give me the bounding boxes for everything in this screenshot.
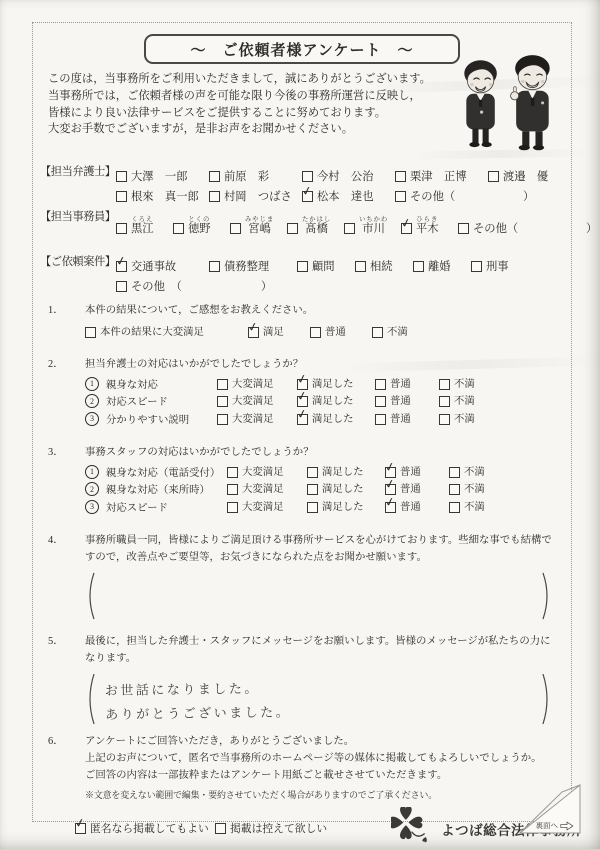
rating-row: 1親身な対応大変満足✓満足した普通不満 [85, 373, 566, 391]
left-bracket [85, 673, 95, 725]
checkbox-option[interactable]: ✓満足した [297, 414, 375, 426]
checkbox-option[interactable]: ✓満足した [297, 396, 375, 408]
option-label: 普通 [400, 484, 421, 496]
checkbox-option[interactable]: 普通 [375, 414, 439, 426]
text-line: この度は，当事務所をご利用いただきまして，誠にありがとうございます。 [48, 71, 450, 88]
option-label: 大変満足 [232, 396, 274, 408]
lawyer-row-2: 根來 真一郎村岡 つばさ✓松本 達也その他（ ） [116, 183, 566, 203]
checkbox[interactable] [439, 396, 450, 407]
checkbox[interactable] [355, 261, 366, 272]
option-label: 離婚 [428, 261, 451, 273]
option-label: とくの徳野 [188, 216, 211, 235]
checkbox-option[interactable]: 前原 彩 [209, 171, 302, 183]
checkbox[interactable] [227, 467, 238, 478]
text-line: 大変お手数でございますが，是非お声をお聞かせください。 [48, 121, 450, 138]
checkbox[interactable] [372, 327, 383, 338]
checkbox-option[interactable]: 不満 [449, 467, 485, 479]
option-label: 不満 [454, 414, 475, 426]
option-label: 大変満足 [242, 502, 284, 514]
checkbox-checked[interactable]: ✓ [116, 261, 127, 272]
text-line: すので，改善点やご要望等，お気づきになられた点をお聞かせ願います。 [85, 550, 566, 567]
check-mark: ✓ [384, 478, 396, 492]
question-1-number: 1． [48, 303, 85, 339]
rating-item-label: 対応スピード [106, 393, 217, 408]
back-side-label: 裏面へ [536, 820, 559, 831]
option-label: 本件の結果に大変満足 [100, 327, 204, 339]
right-bracket [542, 673, 552, 725]
checkbox-option[interactable]: 大変満足 [227, 467, 307, 479]
option-label: その他 （ ） [131, 281, 272, 293]
check-mark: ✓ [400, 216, 412, 230]
text-line: 最後に，担当した弁護士・スタッフにメッセージをお願いします。皆様のメッセージが私… [85, 634, 566, 651]
question-3-rows: 1親身な対応（電話受付）大変満足満足した✓普通不満2親身な対応（来所時）大変満足… [85, 461, 566, 514]
checkbox[interactable] [217, 379, 228, 390]
rating-row: 1親身な対応（電話受付）大変満足満足した✓普通不満 [85, 461, 566, 479]
checkbox[interactable] [209, 261, 220, 272]
checkbox-option[interactable]: 不満 [439, 379, 475, 391]
check-mark: ✓ [74, 816, 86, 830]
option-label: 顧問 [312, 261, 335, 273]
mascot-right [511, 55, 550, 150]
checkbox[interactable] [413, 261, 424, 272]
checkbox-checked[interactable]: ✓ [297, 414, 308, 425]
option-label: 渡邉 優 [503, 171, 548, 183]
rating-options: 大変満足満足した✓普通不満 [227, 502, 485, 514]
checkbox[interactable] [375, 396, 386, 407]
check-mark: ✓ [384, 460, 396, 474]
option-label: 大変満足 [232, 379, 274, 391]
question-2-number: 2． [48, 357, 85, 426]
checkbox[interactable] [310, 327, 321, 338]
arrow-right-icon [560, 821, 574, 831]
text-line: 皆様により良い法律サービスをご提供することに努めております。 [48, 105, 450, 122]
footer-row: ✓匿名なら掲載してもよい掲載は控えて欲しい よつば総合法律事務所 [38, 814, 566, 844]
question-4-text: 事務所職員一同，皆様によりご満足頂ける事務所サービスを心がけております。些細な事… [85, 533, 566, 566]
text-line: ありがとうございました。 [105, 698, 538, 728]
option-label: 不満 [387, 327, 408, 339]
option-label: 満足した [322, 467, 364, 479]
checkbox[interactable] [297, 261, 308, 272]
checkbox-option[interactable]: ✓普通 [385, 467, 449, 479]
survey-border-frame: ～ ご依頼者様アンケート ～ この度は，当事務所をご利用いただきまして，誠にあり… [32, 22, 572, 822]
checkbox[interactable] [85, 327, 96, 338]
checkbox-option[interactable]: ✓交通事故 [116, 261, 209, 273]
option-label: 普通 [400, 467, 421, 479]
question-2-text: 担当弁護士の対応はいかがでしたでしょうか？ [85, 357, 566, 374]
checkbox[interactable] [307, 502, 318, 513]
checkbox[interactable] [375, 379, 386, 390]
checkbox[interactable] [449, 484, 460, 495]
option-label: 不満 [464, 502, 485, 514]
clerk-row: くろえ黒江とくの徳野みやじま宮嶋たかはし髙橋いちかわ市川✓ひらき平木その他（ ） [116, 208, 597, 235]
option-label: 前原 彩 [224, 171, 269, 183]
checkbox[interactable] [173, 223, 184, 234]
rating-item-label: 分かりやすい説明 [106, 411, 217, 426]
option-label: 満足した [312, 379, 354, 391]
checkbox[interactable] [287, 223, 298, 234]
question-4-answer[interactable] [95, 572, 542, 620]
checkbox[interactable] [307, 484, 318, 495]
option-label: 普通 [390, 414, 411, 426]
rating-row: 3対応スピード大変満足満足した✓普通不満 [85, 496, 566, 514]
back-side-hint[interactable]: 裏面へ [536, 820, 575, 831]
question-1-options: 本件の結果に大変満足✓満足普通不満 [85, 324, 566, 339]
option-label: 満足した [322, 484, 364, 496]
checkbox[interactable] [449, 502, 460, 513]
option-label: みやじま宮嶋 [245, 216, 274, 235]
checkbox-option[interactable]: たかはし髙橋 [287, 216, 344, 235]
question-6-text: アンケートにご回答いただき，ありがとうございました。上記のお声について，匿名で当… [85, 734, 566, 784]
question-3-number: 3． [48, 445, 85, 514]
handwritten-message: お世話になりました。ありがとうございました。 [95, 670, 543, 728]
lawyer-section: 【担当弁護士】 大澤 一郎前原 彩今村 公治栗津 正博渡邉 優 根來 真一郎村岡… [40, 163, 566, 203]
option-label: 不満 [454, 396, 475, 408]
checkbox[interactable] [395, 171, 406, 182]
checkbox-option[interactable]: とくの徳野 [173, 216, 230, 235]
option-label: 満足した [322, 502, 364, 514]
checkbox[interactable] [307, 467, 318, 478]
item-number-circle: 3 [85, 412, 99, 426]
checkbox-option[interactable]: 相続 [355, 261, 413, 273]
rating-options: 大変満足✓満足した普通不満 [217, 414, 475, 426]
lawyer-section-label: 【担当弁護士】 [40, 163, 116, 203]
rating-options: 大変満足✓満足した普通不満 [217, 379, 475, 391]
checkbox-option[interactable]: その他 （ ） [116, 281, 272, 293]
option-label: 今村 公治 [317, 171, 374, 183]
option-label: 普通 [390, 396, 411, 408]
check-mark: ✓ [115, 254, 127, 268]
clerk-section: 【担当事務員】 くろえ黒江とくの徳野みやじま宮嶋たかはし髙橋いちかわ市川✓ひらき… [40, 208, 566, 235]
check-mark: ✓ [296, 407, 308, 421]
text-line: 当事務所では，ご依頼者様の声を可能な限り今後の事務所運営に反映し， [48, 88, 450, 105]
checkbox[interactable] [488, 171, 499, 182]
question-5: 5． 最後に，担当した弁護士・スタッフにメッセージをお願いします。皆様のメッセー… [48, 634, 566, 725]
rating-options: 大変満足✓満足した普通不満 [217, 396, 475, 408]
option-label: ひらき平木 [416, 216, 439, 235]
text-line: 上記のお声について，匿名で当事務所のホームページ等の媒体に掲載してもよろしいでし… [85, 751, 566, 768]
option-label: 満足 [263, 327, 284, 339]
option-label: 大変満足 [242, 484, 284, 496]
check-mark: ✓ [296, 389, 308, 403]
checkbox-option[interactable]: 不満 [439, 396, 475, 408]
option-label: 普通 [325, 327, 346, 339]
option-label: 根來 真一郎 [131, 191, 199, 203]
checkbox-option[interactable]: 不満 [372, 327, 408, 339]
checkbox[interactable] [375, 414, 386, 425]
text-line: ご回答の内容は一部抜粋またはアンケート用紙ごと載せさせていただきます。 [85, 768, 566, 785]
rating-item-label: 親身な対応（電話受付） [106, 464, 227, 479]
question-3: 3． 事務スタッフの対応はいかがでしたでしょうか？ 1親身な対応（電話受付）大変… [48, 445, 566, 514]
question-3-text: 事務スタッフの対応はいかがでしたでしょうか？ [85, 445, 566, 462]
checkbox-option[interactable]: みやじま宮嶋 [230, 216, 287, 235]
checkbox[interactable] [217, 396, 228, 407]
option-label: 満足した [312, 414, 354, 426]
question-6-note: ※文意を変えない範囲で編集・要約させていただく場合がありますのでご了承ください。 [85, 788, 566, 801]
checkbox-option[interactable]: ✓松本 達也 [302, 191, 395, 203]
option-label: 掲載は控えて欲しい [230, 823, 327, 835]
option-label: 満足した [312, 396, 354, 408]
option-label: 普通 [390, 379, 411, 391]
question-2: 2． 担当弁護士の対応はいかがでしたでしょうか？ 1親身な対応大変満足✓満足した… [48, 357, 566, 426]
checkbox-option[interactable]: ✓普通 [385, 484, 449, 496]
left-bracket [85, 572, 95, 620]
question-4: 4． 事務所職員一同，皆様によりご満足頂ける事務所サービスを心がけております。些… [48, 533, 566, 620]
item-number-circle: 2 [85, 394, 99, 408]
case-type-row-2: その他 （ ） [116, 273, 566, 293]
question-6: 6． アンケートにご回答いただき，ありがとうございました。上記のお声について，匿… [48, 734, 566, 801]
rating-row: 2対応スピード大変満足✓満足した普通不満 [85, 391, 566, 409]
question-1-text: 本件の結果について，ご感想をお教えください。 [85, 303, 566, 320]
checkbox[interactable] [439, 379, 450, 390]
option-label: 普通 [400, 502, 421, 514]
checkbox-checked[interactable]: ✓ [385, 502, 396, 513]
case-type-section: 【ご依頼案件】 ✓交通事故債務整理顧問相続離婚刑事 その他 （ ） [40, 253, 566, 293]
option-label: 交通事故 [131, 261, 176, 273]
checkbox-option[interactable]: 普通 [375, 396, 439, 408]
case-type-row-1: ✓交通事故債務整理顧問相続離婚刑事 [116, 253, 566, 273]
mascot-left [464, 60, 497, 147]
checkbox-option[interactable]: 刑事 [471, 261, 509, 273]
survey-page: ～ ご依頼者様アンケート ～ この度は，当事務所をご利用いただきまして，誠にあり… [0, 0, 600, 849]
checkbox-option[interactable]: 大変満足 [227, 502, 307, 514]
option-label: 大澤 一郎 [131, 171, 188, 183]
rating-item-label: 親身な対応（来所時） [106, 481, 227, 496]
option-label: 栗津 正博 [410, 171, 467, 183]
option-label: 債務整理 [224, 261, 269, 273]
rating-row: 2親身な対応（来所時）大変満足満足した✓普通不満 [85, 479, 566, 497]
check-mark: ✓ [301, 184, 313, 198]
checkbox-option[interactable]: 満足した [307, 502, 385, 514]
item-number-circle: 1 [85, 465, 99, 479]
publication-consent-options: ✓匿名なら掲載してもよい掲載は控えて欲しい [75, 823, 327, 835]
check-mark: ✓ [247, 320, 259, 334]
checkbox-option[interactable]: ✓満足した [297, 379, 375, 391]
option-label: 匿名なら掲載してもよい [90, 823, 209, 835]
rating-row: 3分かりやすい説明大変満足✓満足した普通不満 [85, 408, 566, 426]
text-line: 事務所職員一同，皆様によりご満足頂ける事務所サービスを心がけております。些細な事… [85, 533, 566, 550]
checkbox[interactable] [209, 171, 220, 182]
checkbox[interactable] [458, 223, 469, 234]
checkbox-option[interactable]: 大変満足 [217, 414, 297, 426]
checkbox[interactable] [449, 467, 460, 478]
checkbox-option[interactable]: 大変満足 [217, 379, 297, 391]
question-6-number: 6． [48, 734, 85, 801]
question-5-number: 5． [48, 634, 85, 725]
checkbox-option[interactable]: その他（ ） [458, 223, 597, 235]
checkbox-checked[interactable]: ✓ [401, 223, 412, 234]
checkbox[interactable] [116, 191, 127, 202]
checkbox[interactable] [227, 484, 238, 495]
checkbox-option[interactable]: その他（ ） [395, 191, 534, 203]
option-label: 相続 [370, 261, 393, 273]
checkbox-option[interactable]: 渡邉 優 [488, 171, 548, 183]
checkbox[interactable] [471, 261, 482, 272]
survey-title: ～ ご依頼者様アンケート ～ [190, 39, 413, 60]
option-label: いちかわ市川 [359, 216, 388, 235]
checkbox-option[interactable]: 本件の結果に大変満足 [85, 327, 248, 339]
question-1: 1． 本件の結果について，ご感想をお教えください。 本件の結果に大変満足✓満足普… [48, 303, 566, 339]
checkbox[interactable] [439, 414, 450, 425]
checkbox-option[interactable]: 満足した [307, 484, 385, 496]
option-label: 大変満足 [242, 467, 284, 479]
checkbox-option[interactable]: 不満 [449, 484, 485, 496]
text-line: なります。 [85, 651, 566, 668]
rating-options: 大変満足満足した✓普通不満 [227, 484, 485, 496]
option-label: 不満 [464, 467, 485, 479]
two-lawyers-illustration [447, 53, 567, 163]
option-label: 不満 [464, 484, 485, 496]
checkbox-option[interactable]: ✓ひらき平木 [401, 216, 458, 235]
check-mark: ✓ [384, 495, 396, 509]
clerk-section-label: 【担当事務員】 [40, 208, 116, 235]
question-4-answer-area[interactable] [85, 572, 552, 620]
right-bracket [542, 572, 552, 620]
checkbox[interactable] [227, 502, 238, 513]
checkbox-option[interactable]: 栗津 正博 [395, 171, 488, 183]
checkbox-option[interactable]: 根來 真一郎 [116, 191, 209, 203]
checkbox[interactable] [344, 223, 355, 234]
checkbox-option[interactable]: くろえ黒江 [116, 216, 173, 235]
option-label: 不満 [454, 379, 475, 391]
checkbox-checked[interactable]: ✓ [75, 823, 86, 834]
checkbox-option[interactable]: 不満 [439, 414, 475, 426]
option-label: その他（ ） [410, 191, 534, 203]
question-2-rows: 1親身な対応大変満足✓満足した普通不満2対応スピード大変満足✓満足した普通不満3… [85, 373, 566, 426]
rating-item-label: 親身な対応 [106, 376, 217, 391]
case-type-label: 【ご依頼案件】 [40, 253, 116, 293]
text-line: アンケートにご回答いただき，ありがとうございました。 [85, 734, 566, 751]
checkbox-option[interactable]: 村岡 つばさ [209, 191, 302, 203]
item-number-circle: 3 [85, 500, 99, 514]
checkbox-option[interactable]: 大変満足 [217, 396, 297, 408]
option-label: 村岡 つばさ [224, 191, 292, 203]
question-5-answer-area[interactable]: お世話になりました。ありがとうございました。 [85, 673, 552, 725]
item-number-circle: 1 [85, 377, 99, 391]
checkbox-option[interactable]: 債務整理 [209, 261, 297, 273]
checkbox-option[interactable]: ✓匿名なら掲載してもよい [75, 823, 215, 835]
check-mark: ✓ [296, 372, 308, 386]
checkbox-option[interactable]: ✓満足 [248, 327, 310, 339]
option-label: 刑事 [486, 261, 509, 273]
checkbox-option[interactable]: 掲載は控えて欲しい [215, 823, 327, 835]
checkbox[interactable] [302, 171, 313, 182]
rating-options: 大変満足満足した✓普通不満 [227, 467, 485, 479]
checkbox-option[interactable]: 今村 公治 [302, 171, 395, 183]
option-label: くろえ黒江 [131, 216, 154, 235]
clover-icon [391, 807, 433, 845]
checkbox-option[interactable]: ✓普通 [385, 502, 449, 514]
checkbox[interactable] [215, 823, 226, 834]
checkbox-option[interactable]: 顧問 [297, 261, 355, 273]
intro-paragraph: この度は，当事務所をご利用いただきまして，誠にありがとうございます。当事務所では… [48, 71, 450, 138]
checkbox-option[interactable]: 離婚 [413, 261, 471, 273]
question-4-number: 4． [48, 533, 85, 620]
option-label: 松本 達也 [317, 191, 374, 203]
survey-title-box: ～ ご依頼者様アンケート ～ [144, 34, 460, 64]
question-5-text: 最後に，担当した弁護士・スタッフにメッセージをお願いします。皆様のメッセージが私… [85, 634, 566, 667]
checkbox[interactable] [116, 223, 127, 234]
checkbox-option[interactable]: 満足した [307, 467, 385, 479]
lawyer-row-1: 大澤 一郎前原 彩今村 公治栗津 正博渡邉 優 [116, 163, 566, 183]
checkbox-option[interactable]: 普通 [310, 327, 372, 339]
option-label: たかはし髙橋 [302, 216, 331, 235]
checkbox-checked[interactable]: ✓ [302, 191, 313, 202]
checkbox[interactable] [116, 281, 127, 292]
checkbox-checked[interactable]: ✓ [248, 327, 259, 338]
checkbox-option[interactable]: 不満 [449, 502, 485, 514]
checkbox-option[interactable]: いちかわ市川 [344, 216, 401, 235]
checkbox-option[interactable]: 普通 [375, 379, 439, 391]
checkbox-option[interactable]: 大澤 一郎 [116, 171, 209, 183]
checkbox[interactable] [116, 171, 127, 182]
checkbox[interactable] [217, 414, 228, 425]
checkbox[interactable] [209, 191, 220, 202]
checkbox[interactable] [395, 191, 406, 202]
option-label: その他（ ） [473, 223, 597, 235]
item-number-circle: 2 [85, 482, 99, 496]
checkbox[interactable] [230, 223, 241, 234]
option-label: 大変満足 [232, 414, 274, 426]
rating-item-label: 対応スピード [106, 499, 227, 514]
checkbox-option[interactable]: 大変満足 [227, 484, 307, 496]
